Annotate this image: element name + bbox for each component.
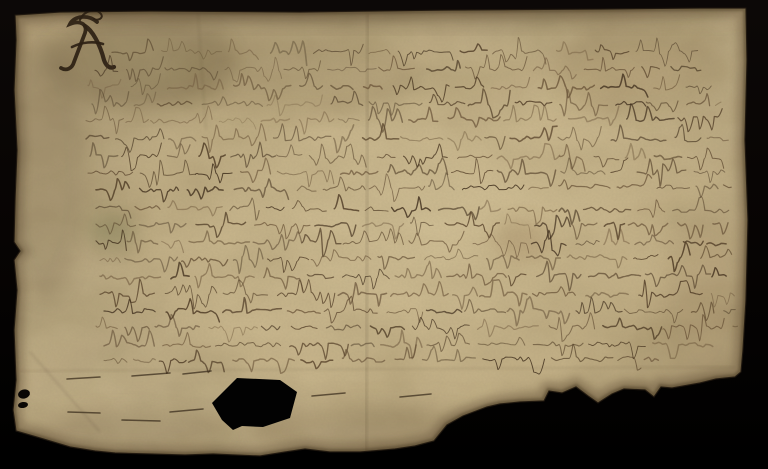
- stain: [88, 215, 136, 249]
- stain: [494, 220, 550, 260]
- seal-slit: [122, 420, 160, 421]
- manuscript-scene: [0, 0, 768, 469]
- seal-slit: [68, 412, 100, 413]
- manuscript-photo: [0, 0, 768, 469]
